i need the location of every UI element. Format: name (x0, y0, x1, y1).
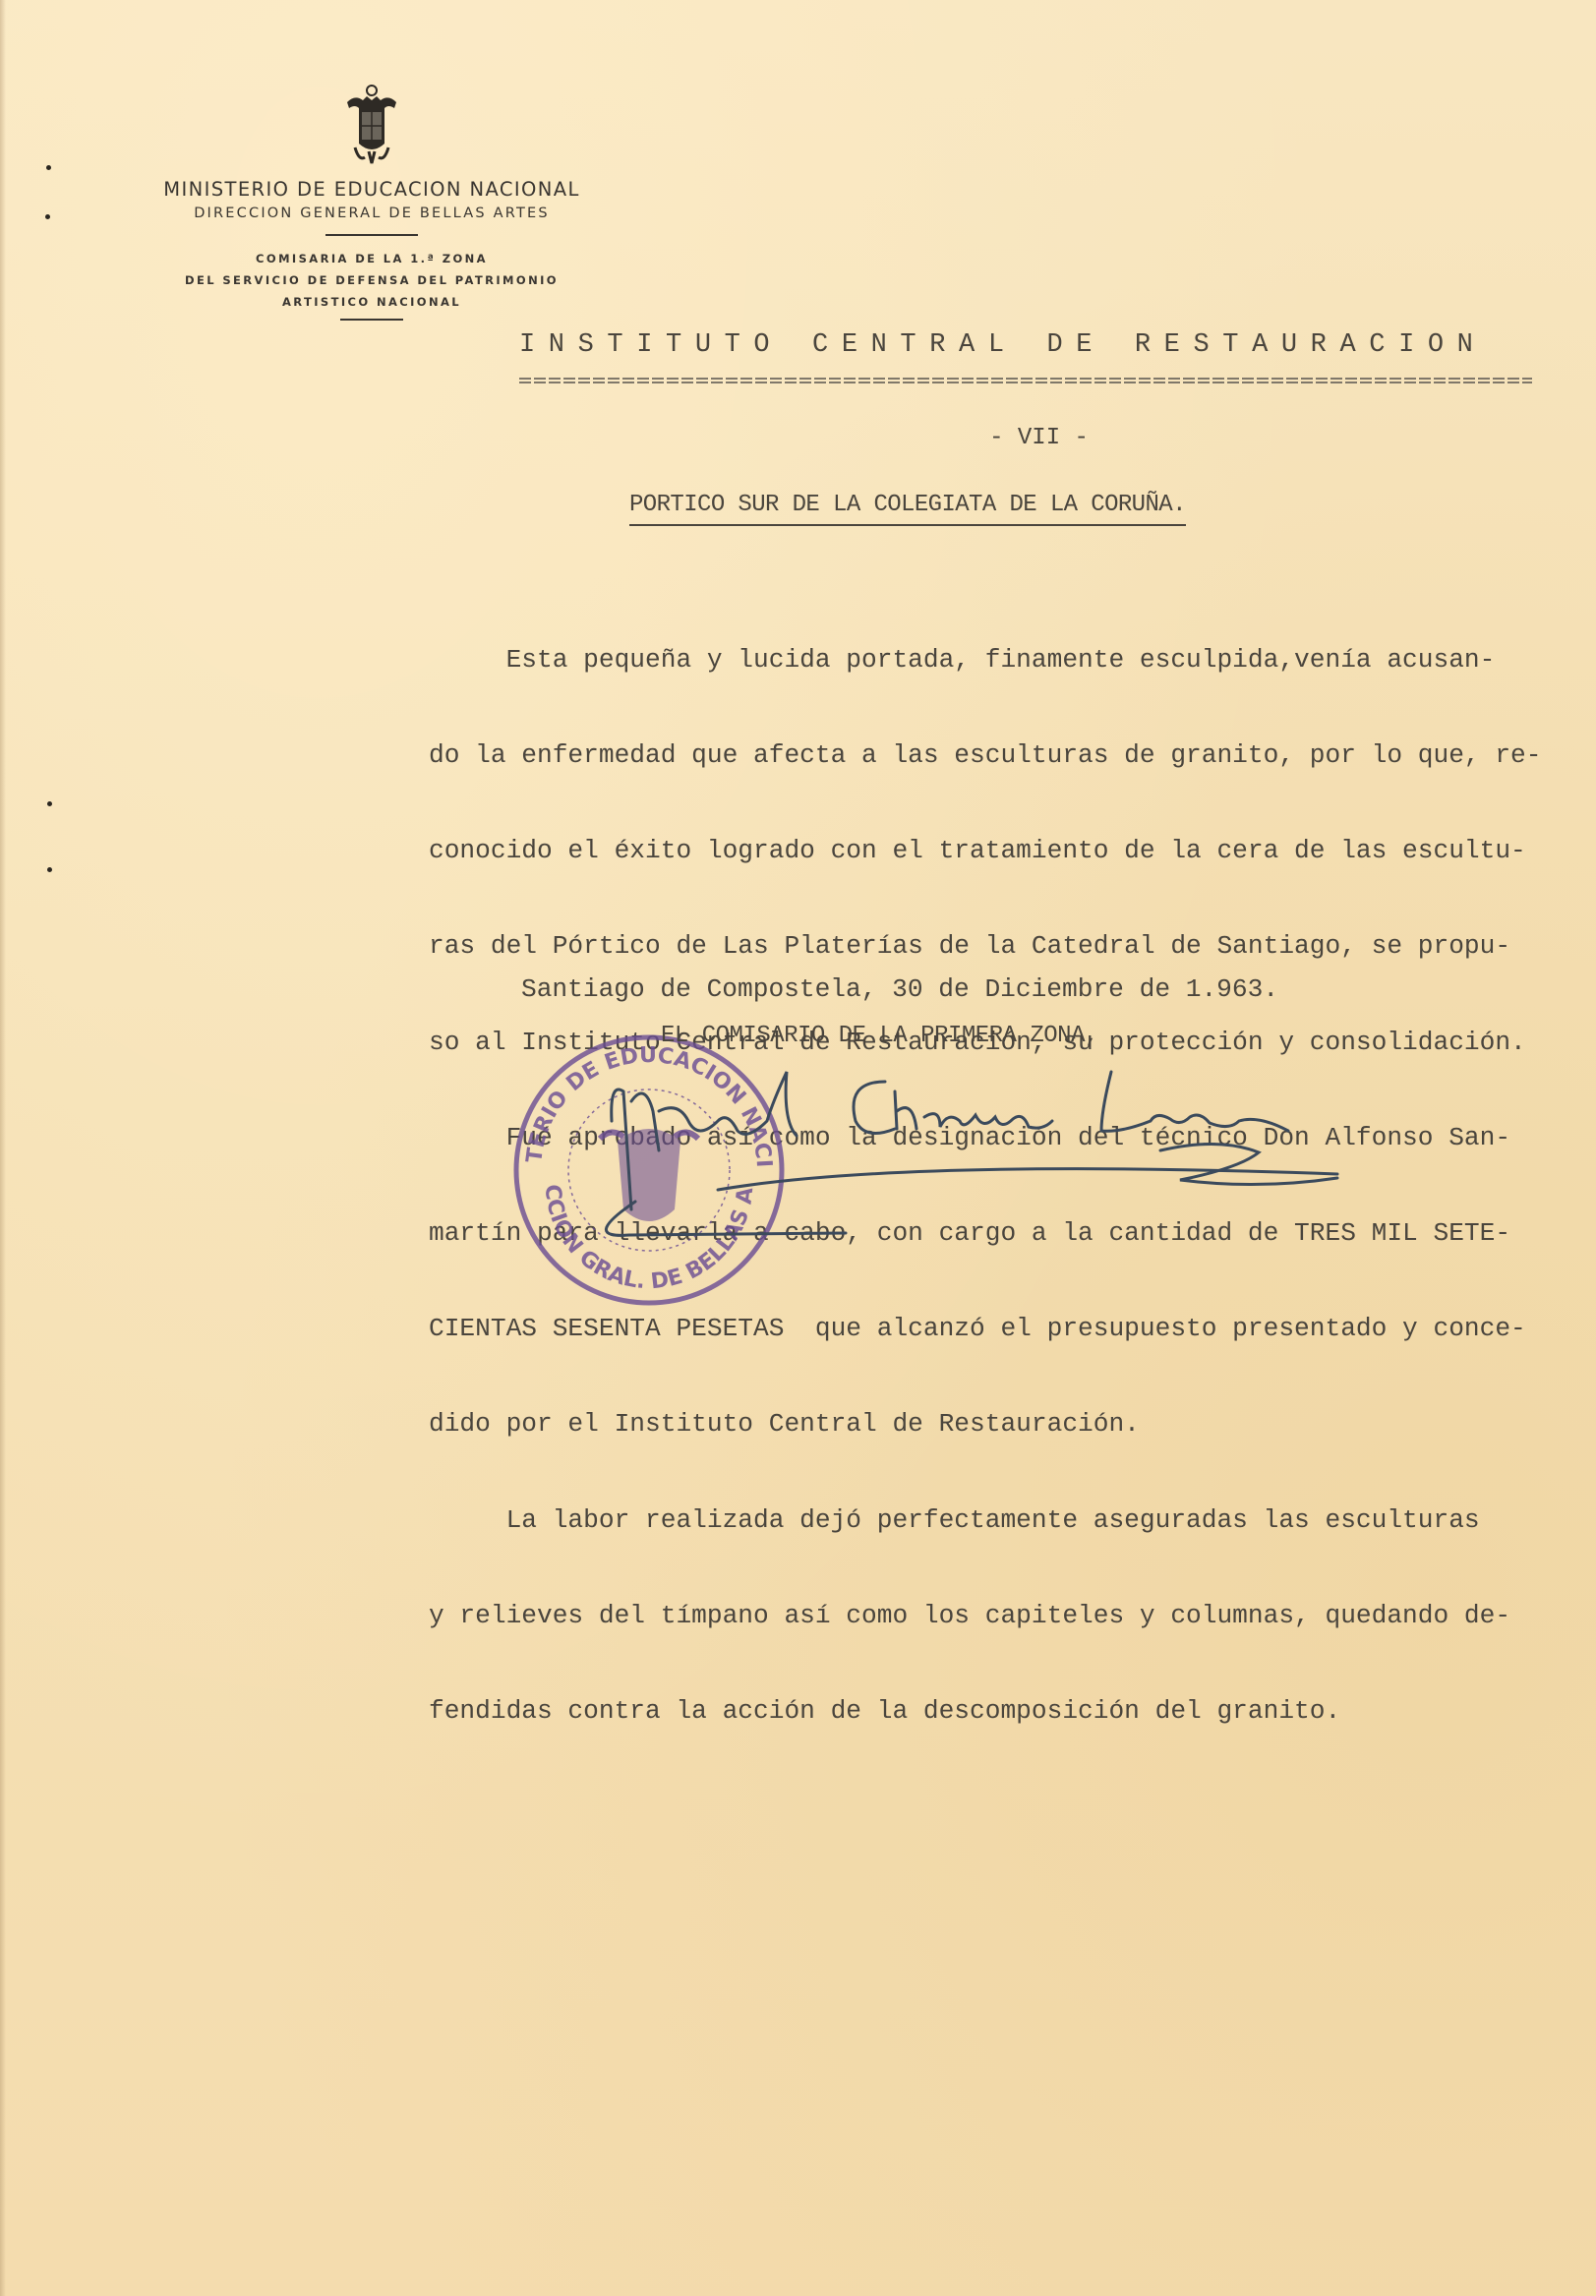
punch-hole-mark (46, 165, 51, 170)
document-page: MINISTERIO DE EDUCACION NACIONAL DIRECCI… (0, 0, 1596, 2296)
section-number-wrap: - VII - (0, 425, 1596, 451)
body-line: CIENTAS SESENTA PESETAS que alcanzó el p… (429, 1313, 1560, 1344)
body-line: dido por el Instituto Central de Restaur… (429, 1408, 1560, 1440)
punch-hole-mark (45, 214, 50, 219)
letterhead: MINISTERIO DE EDUCACION NACIONAL DIRECCI… (116, 83, 627, 321)
body-line: Esta pequeña y lucida portada, finamente… (429, 644, 1560, 676)
commission-line-1: COMISARIA DE LA 1.ª ZONA (116, 248, 627, 269)
letterhead-divider (340, 319, 403, 321)
ministry-name: MINISTERIO DE EDUCACION NACIONAL (116, 177, 627, 203)
letterhead-divider (325, 234, 418, 236)
commission-line-3: ARTISTICO NACIONAL (116, 291, 627, 313)
commission-line-2: DEL SERVICIO DE DEFENSA DEL PATRIMONIO (116, 269, 627, 291)
handwritten-signature (551, 1042, 1357, 1239)
body-line: La labor realizada dejó perfectamente as… (429, 1504, 1560, 1536)
punch-hole-mark (47, 867, 52, 872)
institute-heading: INSTITUTO CENTRAL DE RESTAURACION (519, 330, 1542, 360)
punch-hole-mark (47, 801, 52, 806)
body-line: fendidas contra la acción de la descompo… (429, 1695, 1560, 1727)
directorate-name: DIRECCION GENERAL DE BELLAS ARTES (116, 203, 627, 224)
body-line: do la enfermedad que afecta a las escult… (429, 739, 1560, 771)
subject-title: PORTICO SUR DE LA COLEGIATA DE LA CORUÑA… (629, 492, 1186, 526)
body-line: conocido el éxito logrado con el tratami… (429, 835, 1560, 866)
double-rule-divider (519, 378, 1532, 383)
body-line: ras del Pórtico de Las Platerías de la C… (429, 930, 1560, 962)
spanish-eagle-coat-of-arms-icon (341, 83, 402, 167)
paper-left-edge (0, 0, 6, 2296)
section-number: - VII - (989, 425, 1089, 451)
body-line: y relieves del tímpano así como los capi… (429, 1600, 1560, 1631)
place-date: Santiago de Compostela, 30 de Diciembre … (521, 974, 1278, 1004)
